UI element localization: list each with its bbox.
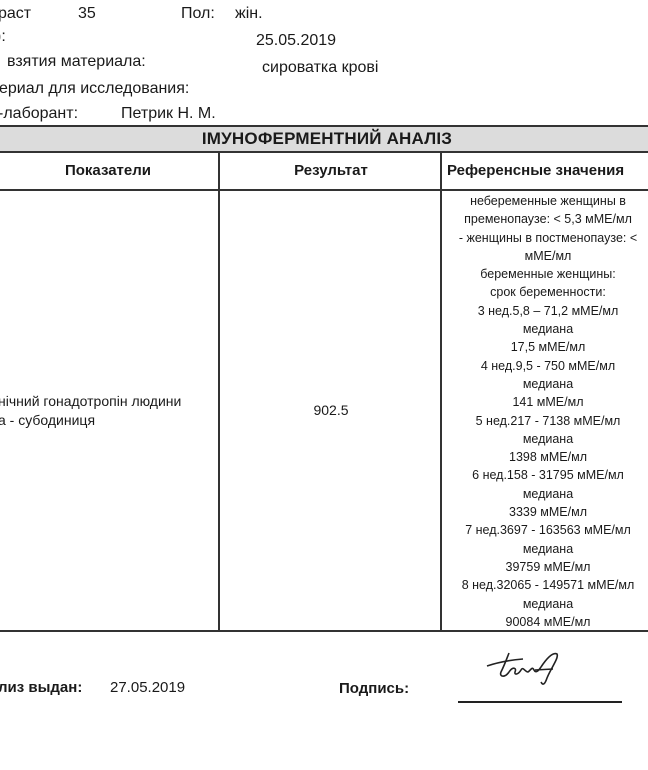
issued-date: 27.05.2019 (110, 679, 185, 696)
reference-line: медиана (443, 430, 648, 448)
header-indicators: Показатели (0, 153, 220, 189)
reference-line: 5 нед.217 - 7138 мМЕ/мл (443, 412, 648, 430)
reference-line: 7 нед.3697 - 163563 мМЕ/мл (443, 521, 648, 539)
column-divider (218, 153, 220, 632)
indicator-line: нічний гонадотропін людини (0, 392, 181, 411)
reference-line: 1398 мМЕ/мл (443, 448, 648, 466)
reference-line: пременопаузе: < 5,3 мМЕ/мл (443, 210, 648, 228)
reference-line: срок беременности: (443, 283, 648, 301)
age-value: 35 (78, 4, 96, 24)
issued-label: лиз выдан: (0, 679, 82, 696)
signature-line (458, 701, 622, 703)
table-title: ІМУНОФЕРМЕНТНИЙ АНАЛІЗ (0, 125, 648, 153)
table-row-result: 902.5 (221, 401, 441, 420)
reference-line: 141 мМЕ/мл (443, 393, 648, 411)
reference-line: медиана (443, 595, 648, 613)
reference-line: медиана (443, 485, 648, 503)
collection-label: взятия материала: (7, 52, 146, 72)
sex-label: Пол: (181, 4, 215, 24)
table-row-reference: небеременные женщины впременопаузе: < 5,… (443, 192, 648, 631)
age-label: раст (0, 4, 31, 24)
indicator-line: а - субодиниця (0, 411, 181, 430)
reference-line: 8 нед.32065 - 149571 мМЕ/мл (443, 576, 648, 594)
reference-line: 17,5 мМЕ/мл (443, 338, 648, 356)
reference-line: медиана (443, 540, 648, 558)
table-row-indicator: нічний гонадотропін людини а - субодиниц… (0, 392, 181, 430)
header-reference: Референсные значения (447, 153, 648, 189)
reference-line: 6 нед.158 - 31795 мМЕ/мл (443, 466, 648, 484)
reference-line: 3 нед.5,8 – 71,2 мМЕ/мл (443, 302, 648, 320)
reference-line: беременные женщины: (443, 265, 648, 283)
reference-line: - женщины в постменопаузе: < (443, 229, 648, 247)
reference-line: медиана (443, 375, 648, 393)
reference-line: 90084 мМЕ/мл (443, 613, 648, 631)
material-label: ериал для исследования: (0, 79, 189, 99)
column-divider (440, 153, 442, 632)
material-value: сироватка крові (262, 58, 378, 78)
sex-value: жін. (235, 4, 263, 24)
reference-line: небеременные женщины в (443, 192, 648, 210)
signature-icon (485, 650, 575, 690)
collection-date: 25.05.2019 (256, 31, 336, 51)
header-result: Результат (220, 153, 442, 189)
reference-line: мМЕ/мл (443, 247, 648, 265)
reference-line: 3339 мМЕ/мл (443, 503, 648, 521)
reference-line: 39759 мМЕ/мл (443, 558, 648, 576)
reference-line: 4 нед.9,5 - 750 мМЕ/мл (443, 357, 648, 375)
signature-label: Подпись: (339, 680, 409, 697)
lab-tech-label: -лаборант: (0, 104, 78, 124)
date-label-partial: ): (0, 27, 6, 47)
lab-tech-value: Петрик Н. М. (121, 104, 216, 124)
reference-line: медиана (443, 320, 648, 338)
